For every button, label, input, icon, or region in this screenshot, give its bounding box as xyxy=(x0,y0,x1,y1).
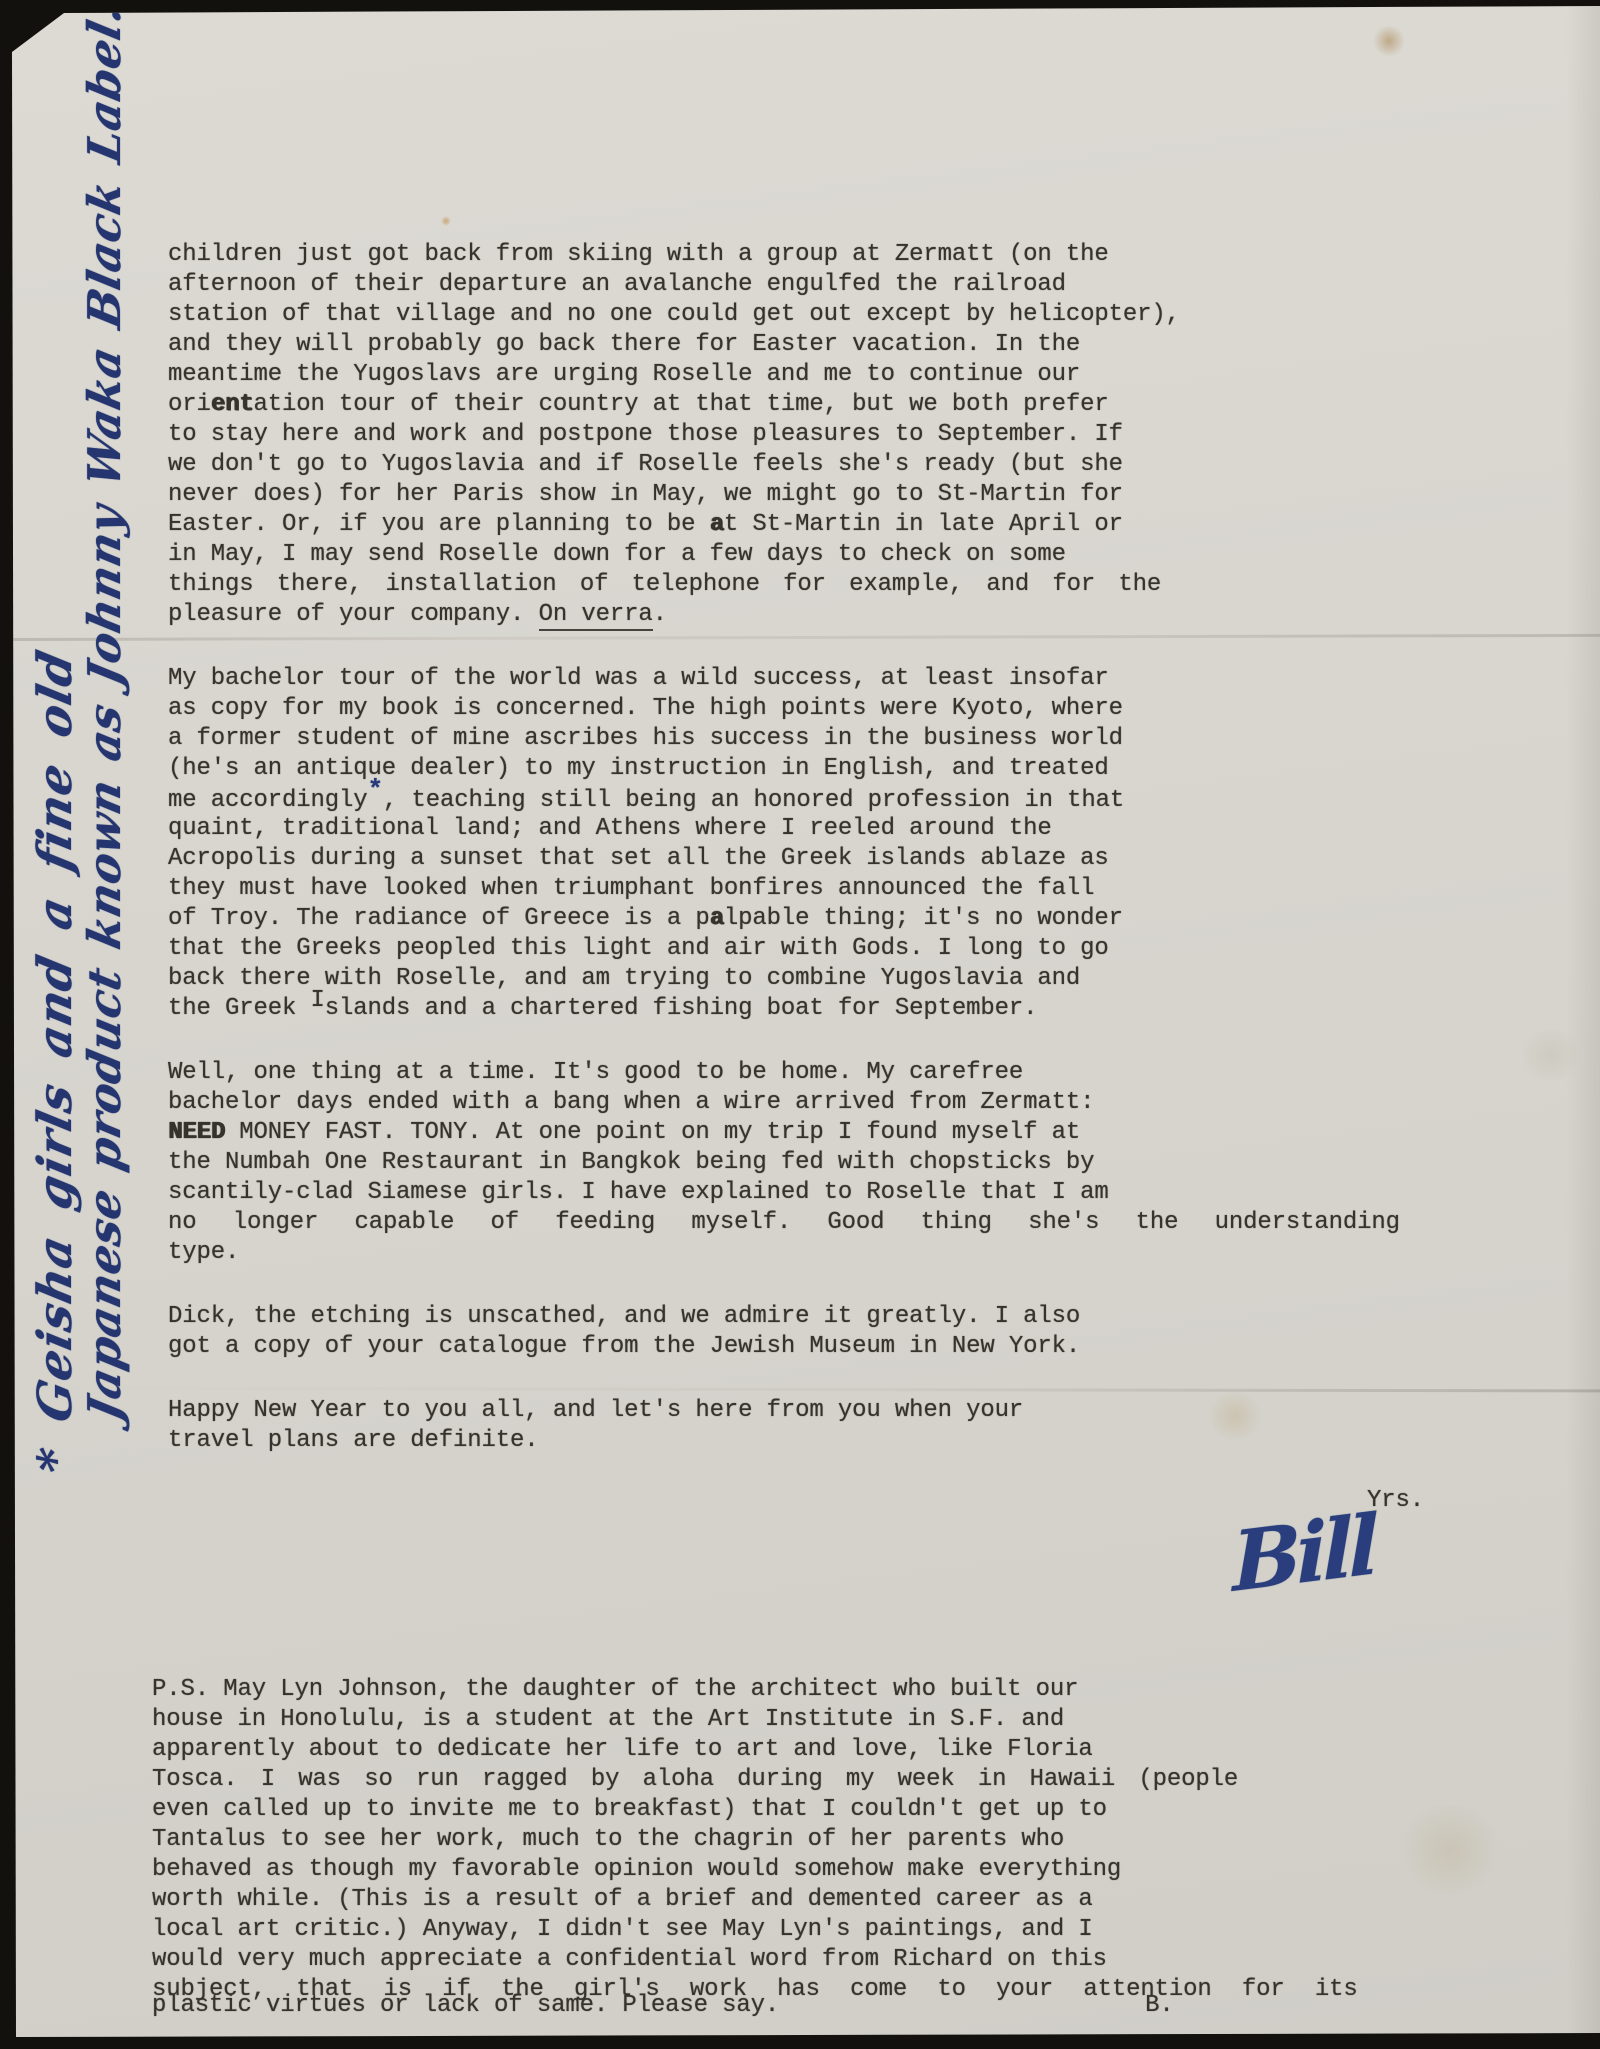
paragraph-4: Dick, the etching is unscathed, and we a… xyxy=(168,1302,1080,1362)
typed-line: local art critic.) Anyway, I didn't see … xyxy=(152,1915,1358,1945)
typed-line: the Numbah One Restaurant in Bangkok bei… xyxy=(168,1148,1400,1178)
typed-text: Easter. Or, if you are planning to be xyxy=(168,511,710,538)
typed-line: apparently about to dedicate her life to… xyxy=(152,1735,1358,1765)
typed-line: Easter. Or, if you are planning to be at… xyxy=(168,510,1180,540)
typed-initial: B. xyxy=(1145,1992,1174,2019)
typed-text: MONEY FAST. TONY. At one point on my tri… xyxy=(225,1119,1080,1146)
overtyped-text: ent xyxy=(211,391,254,418)
typed-line: got a copy of your catalogue from the Je… xyxy=(168,1332,1080,1362)
margin-note-line-1: * Geisha girls and a fine old xyxy=(28,668,83,1480)
paper-sheet: * Geisha girls and a fine old Japanese p… xyxy=(0,0,1600,2049)
typed-text: . xyxy=(653,601,667,628)
typed-line: Well, one thing at a time. It's good to … xyxy=(168,1058,1400,1088)
handwritten-signature: Bill xyxy=(1232,1497,1375,1611)
paragraph-2: My bachelor tour of the world was a wild… xyxy=(168,664,1124,1024)
typed-line: afternoon of their departure an avalanch… xyxy=(168,270,1180,300)
typed-line: NEED MONEY FAST. TONY. At one point on m… xyxy=(168,1118,1400,1148)
typed-line: Happy New Year to you all, and let's her… xyxy=(168,1396,1023,1426)
paper-stain xyxy=(1372,26,1406,56)
paper-stain xyxy=(1395,1805,1505,1895)
typed-text: , teaching still being an honored profes… xyxy=(383,787,1124,814)
typed-text: ation tour of their country at that time… xyxy=(254,391,1109,418)
typed-line: no longer capable of feeding myself. Goo… xyxy=(168,1208,1400,1238)
typed-line: to stay here and work and postpone those… xyxy=(168,420,1180,450)
typed-line: travel plans are definite. xyxy=(168,1426,1023,1456)
typed-line: and they will probably go back there for… xyxy=(168,330,1180,360)
scanned-letter-page: { "colors":{"paper":"#d8d6cf","typewrite… xyxy=(0,0,1600,2049)
typed-line: Acropolis during a sunset that set all t… xyxy=(168,844,1124,874)
paragraph-1: children just got back from skiing with … xyxy=(168,240,1180,630)
typed-line: would very much appreciate a confidentia… xyxy=(152,1945,1358,1975)
typed-line: (he's an antique dealer) to my instructi… xyxy=(168,754,1124,784)
typed-text: t St-Martin in late April or xyxy=(724,511,1123,538)
typed-text: the Greek xyxy=(168,995,311,1022)
typed-line: the Greek Islands and a chartered fishin… xyxy=(168,994,1124,1024)
typed-line: in May, I may send Roselle down for a fe… xyxy=(168,540,1180,570)
typed-line: they must have looked when triumphant bo… xyxy=(168,874,1124,904)
typed-line: things there, installation of telephone … xyxy=(168,570,1180,600)
typed-line: bachelor days ended with a bang when a w… xyxy=(168,1088,1400,1118)
typed-line: me accordingly*, teaching still being an… xyxy=(168,784,1124,814)
typed-line: children just got back from skiing with … xyxy=(168,240,1180,270)
typed-line: Dick, the etching is unscathed, and we a… xyxy=(168,1302,1080,1332)
typed-line: of Troy. The radiance of Greece is a pal… xyxy=(168,904,1124,934)
typed-line: we don't go to Yugoslavia and if Roselle… xyxy=(168,450,1180,480)
postscript: P.S. May Lyn Johnson, the daughter of th… xyxy=(152,1675,1358,2021)
overtyped-text: NEED xyxy=(168,1119,225,1146)
typed-line: orientation tour of their country at tha… xyxy=(168,390,1180,420)
paper-stain xyxy=(441,216,451,226)
typed-text: slands and a chartered fishing boat for … xyxy=(325,995,1038,1022)
typed-text: of Troy. The radiance of Greece is a p xyxy=(168,905,710,932)
fold-crease xyxy=(0,1387,1600,1393)
margin-note-line-2: Japanese product known as Johnny Waka Bl… xyxy=(78,124,131,1425)
typed-line: P.S. May Lyn Johnson, the daughter of th… xyxy=(152,1675,1358,1705)
typed-text: pleasure of your company. xyxy=(168,601,539,628)
paragraph-5: Happy New Year to you all, and let's her… xyxy=(168,1396,1023,1456)
typed-line: pleasure of your company. On verra. xyxy=(168,600,1180,630)
typed-line: house in Honolulu, is a student at the A… xyxy=(152,1705,1358,1735)
typed-line: Tosca. I was so run ragged by aloha duri… xyxy=(152,1765,1358,1795)
signoff: Yrs. xyxy=(1367,1486,1424,1516)
typed-line: quaint, traditional land; and Athens whe… xyxy=(168,814,1124,844)
typed-text: me accordingly xyxy=(168,787,368,814)
overtyped-text: a xyxy=(710,905,724,932)
typed-text: ori xyxy=(168,391,211,418)
paragraph-3: Well, one thing at a time. It's good to … xyxy=(168,1058,1400,1268)
typed-text: lpable thing; it's no wonder xyxy=(724,905,1123,932)
typed-line: that the Greeks peopled this light and a… xyxy=(168,934,1124,964)
typed-line: type. xyxy=(168,1238,1400,1268)
typed-line: meantime the Yugoslavs are urging Rosell… xyxy=(168,360,1180,390)
typed-text: plastic virtues or lack of same. Please … xyxy=(152,1992,779,2019)
typed-line: Tantalus to see her work, much to the ch… xyxy=(152,1825,1358,1855)
fold-crease xyxy=(0,634,1600,641)
typed-line: worth while. (This is a result of a brie… xyxy=(152,1885,1358,1915)
typed-line: My bachelor tour of the world was a wild… xyxy=(168,664,1124,694)
typed-line: behaved as though my favorable opinion w… xyxy=(152,1855,1358,1885)
paper-stain xyxy=(1205,1392,1265,1440)
handwritten-asterisk: * xyxy=(368,775,383,805)
typed-line: a former student of mine ascribes his su… xyxy=(168,724,1124,754)
typed-line: even called up to invite me to breakfast… xyxy=(152,1795,1358,1825)
typed-line: station of that village and no one could… xyxy=(168,300,1180,330)
paper-edge-shadow xyxy=(1566,0,1600,2049)
raised-character: I xyxy=(311,987,325,1014)
typed-line: never does) for her Paris show in May, w… xyxy=(168,480,1180,510)
typed-line: as copy for my book is concerned. The hi… xyxy=(168,694,1124,724)
overtyped-text: a xyxy=(710,511,724,538)
typed-line: scantily-clad Siamese girls. I have expl… xyxy=(168,1178,1400,1208)
underlined-phrase: On verra xyxy=(539,601,653,631)
